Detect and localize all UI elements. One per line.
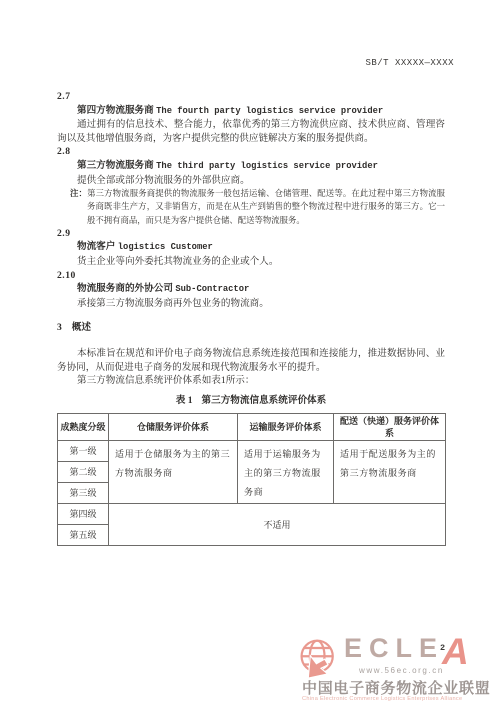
- document-page: SB/T XXXXX—XXXX 2.7 第四方物流服务商 The fourth …: [0, 0, 500, 707]
- section-2-9: 2.9 物流客户 logistics Customer 货主企业等向外委托其物流…: [57, 227, 445, 269]
- definition-text: 承接第三方物流服务商再外包业务的物流商。: [57, 297, 445, 311]
- globe-cursor-icon: [297, 637, 341, 681]
- not-applicable-cell: 不适用: [109, 504, 446, 546]
- clause-number: 2.10: [57, 269, 445, 283]
- section-2-8: 2.8 第三方物流服务商 The third party logistics s…: [57, 145, 445, 226]
- term-cn: 物流服务商的外协公司: [77, 283, 173, 294]
- overview-title: 概述: [72, 322, 91, 333]
- definition-text: 提供全部或部分物流服务的外部供应商。: [57, 174, 445, 188]
- warehouse-desc-cell: 适用于仓储服务为主的第三方物流服务商: [109, 441, 238, 504]
- level-cell: 第三级: [58, 483, 109, 504]
- table-caption: 表 1第三方物流信息系统评价体系: [57, 394, 445, 408]
- level-cell: 第二级: [58, 462, 109, 483]
- term-cn: 第三方物流服务商: [77, 160, 154, 171]
- term-heading: 物流服务商的外协公司 Sub-Contractor: [57, 282, 445, 297]
- col-header-delivery: 配送（快递）服务评价体系: [334, 414, 446, 441]
- note-text: 注：第三方物流服务商提供的物流服务一般包括运输、仓储管理、配送等。在此过程中第三…: [87, 187, 445, 227]
- overview-paragraph: 第三方物流信息系统评价体系如表1所示：: [57, 374, 445, 388]
- table-header-row: 成熟度分级 仓储服务评价体系 运输服务评价体系 配送（快递）服务评价体系: [58, 414, 446, 441]
- evaluation-table: 成熟度分级 仓储服务评价体系 运输服务评价体系 配送（快递）服务评价体系 第一级…: [57, 413, 446, 546]
- level-cell: 第五级: [58, 525, 109, 546]
- term-heading: 第四方物流服务商 The fourth party logistics serv…: [57, 104, 445, 119]
- term-heading: 第三方物流服务商 The third party logistics servi…: [57, 159, 445, 174]
- transport-desc-cell: 适用于运输服务为主的第三方物流服务商: [238, 441, 334, 504]
- overview-heading: 3概述: [57, 321, 445, 335]
- page-number: 2: [440, 643, 445, 653]
- section-2-10: 2.10 物流服务商的外协公司 Sub-Contractor 承接第三方物流服务…: [57, 269, 445, 311]
- term-cn: 第四方物流服务商: [77, 105, 154, 116]
- table-caption-title: 第三方物流信息系统评价体系: [202, 395, 327, 406]
- level-cell: 第一级: [58, 441, 109, 462]
- note-body: 第三方物流服务商提供的物流服务一般包括运输、仓储管理、配送等。在此过程中第三方物…: [87, 189, 445, 224]
- table-caption-label: 表 1: [176, 395, 193, 406]
- delivery-desc-cell: 适用于配送服务为主的第三方物流服务商: [334, 441, 446, 504]
- note-label: 注：: [70, 189, 87, 198]
- table-row: 第一级 适用于仓储服务为主的第三方物流服务商 适用于运输服务为主的第三方物流服务…: [58, 441, 446, 462]
- term-en: Sub-Contractor: [175, 284, 249, 294]
- term-en: logistics Customer: [118, 242, 213, 252]
- logo-name-cn: 中国电子商务物流企业联盟: [302, 677, 490, 698]
- definition-text: 货主企业等向外委托其物流业务的企业或个人。: [57, 255, 445, 269]
- cursor-arrow: [309, 657, 327, 677]
- eclea-logo: ECLE A www.56ec.org.cn 中国电子商务物流企业联盟 Chin…: [297, 636, 495, 706]
- clause-number: 2.9: [57, 227, 445, 241]
- col-header-warehouse: 仓储服务评价体系: [109, 414, 238, 441]
- section-overview: 3概述 本标准旨在规范和评价电子商务物流信息系统连接范围和连接能力，推进数据协同…: [57, 321, 445, 387]
- overview-paragraph: 本标准旨在规范和评价电子商务物流信息系统连接范围和连接能力，推进数据协同、业务协…: [57, 347, 445, 374]
- section-2-7: 2.7 第四方物流服务商 The fourth party logistics …: [57, 90, 445, 145]
- page-content: 2.7 第四方物流服务商 The fourth party logistics …: [57, 90, 445, 546]
- logo-name-en: China Electronic Commerce Logistics Ente…: [302, 696, 462, 702]
- logo-acronym: ECLE: [344, 633, 444, 664]
- logo-url: www.56ec.org.cn: [359, 666, 444, 675]
- doc-number: SB/T XXXXX—XXXX: [365, 58, 454, 68]
- logo-acronym-a: A: [442, 631, 469, 673]
- term-en: The third party logistics service provid…: [156, 161, 378, 171]
- definition-text: 通过拥有的信息技术、整合能力，依靠优秀的第三方物流供应商、技术供应商、管理咨询以…: [57, 118, 445, 145]
- overview-number: 3: [57, 322, 62, 333]
- clause-number: 2.8: [57, 145, 445, 159]
- term-cn: 物流客户: [77, 241, 115, 252]
- term-en: The fourth party logistics service provi…: [156, 106, 383, 116]
- table-row: 第四级 不适用: [58, 504, 446, 525]
- col-header-maturity: 成熟度分级: [58, 414, 109, 441]
- col-header-transport: 运输服务评价体系: [238, 414, 334, 441]
- clause-number: 2.7: [57, 90, 445, 104]
- term-heading: 物流客户 logistics Customer: [57, 240, 445, 255]
- level-cell: 第四级: [58, 504, 109, 525]
